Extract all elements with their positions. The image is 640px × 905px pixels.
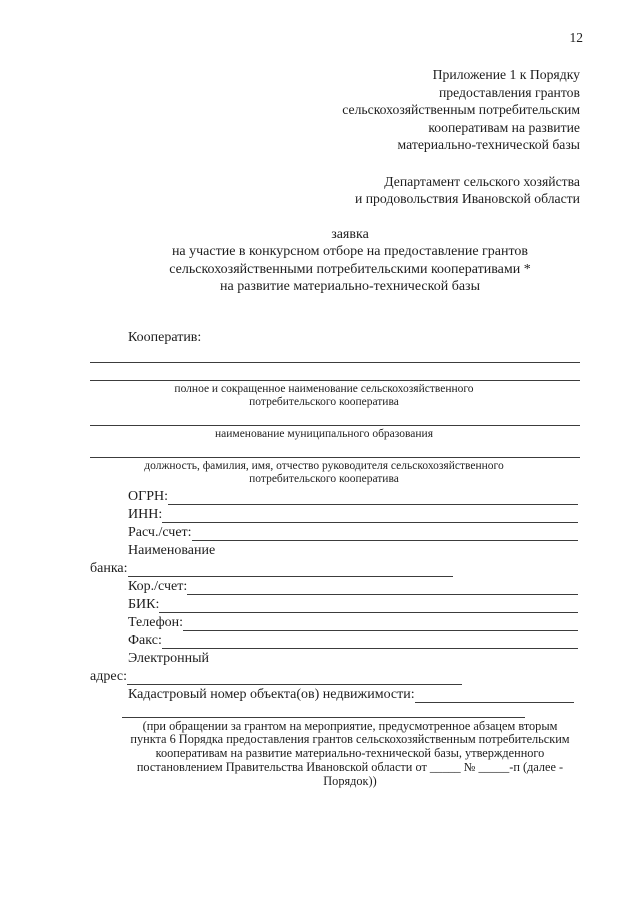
- department-line: Департамент сельского хозяйства: [0, 173, 580, 191]
- blank-line: [90, 363, 580, 381]
- bik-label: БИК:: [90, 597, 159, 615]
- appendix-heading: Приложение 1 к Порядку предоставления гр…: [0, 0, 580, 154]
- corr-account-label: Кор./счет:: [90, 579, 187, 597]
- page-number: 12: [570, 30, 584, 46]
- form-title-line: сельскохозяйственными потребительскими к…: [120, 261, 580, 279]
- email-label-line2: адрес:: [90, 669, 127, 687]
- caption-municipality: наименование муниципального образования: [90, 428, 558, 441]
- fax-label: Факс:: [90, 633, 162, 651]
- field-row-corr-account: Кор./счет:: [90, 579, 580, 597]
- bik-blank: [159, 597, 578, 613]
- cadastral-blank: [415, 687, 574, 703]
- appendix-line: кооперативам на развитие: [0, 119, 580, 137]
- department-line: и продовольствия Ивановской области: [0, 190, 580, 208]
- fax-blank: [162, 633, 578, 649]
- field-row-fax: Факс:: [90, 633, 580, 651]
- footnote-line: кооперативам на развитие материально-тех…: [120, 747, 580, 761]
- account-label: Расч./счет:: [90, 525, 192, 543]
- blank-line: [90, 409, 580, 426]
- bank-blank: [128, 561, 453, 577]
- corr-account-blank: [187, 579, 578, 595]
- field-row-ogrn: ОГРН:: [90, 489, 580, 507]
- footnote-separator-line: [122, 717, 525, 718]
- email-label-line1: Электронный: [90, 651, 580, 669]
- field-row-bik: БИК:: [90, 597, 580, 615]
- footnote-line: Порядок)): [120, 775, 580, 789]
- cadastral-label: Кадастровый номер объекта(ов) недвижимос…: [90, 687, 415, 705]
- footnote: (при обращении за грантом на мероприятие…: [120, 720, 580, 789]
- field-row-cadastral: Кадастровый номер объекта(ов) недвижимос…: [90, 687, 580, 705]
- footnote-line: постановлением Правительства Ивановской …: [120, 761, 580, 775]
- blank-line: [90, 441, 580, 458]
- footnote-line: (при обращении за грантом на мероприятие…: [120, 720, 580, 734]
- document-page: 12 Приложение 1 к Порядку предоставления…: [0, 0, 640, 905]
- form-title-line: заявка: [120, 226, 580, 244]
- field-row-bank: банка:: [90, 561, 580, 579]
- email-blank: [127, 669, 462, 685]
- field-row-account: Расч./счет:: [90, 525, 580, 543]
- field-row-email: адрес:: [90, 669, 580, 687]
- appendix-line: сельскохозяйственным потребительским: [0, 101, 580, 119]
- ogrn-label: ОГРН:: [90, 489, 168, 507]
- caption-head: должность, фамилия, имя, отчество руково…: [90, 460, 558, 486]
- footnote-line: пункта 6 Порядка предоставления грантов …: [120, 733, 580, 747]
- application-form: Кооператив: полное и сокращенное наимено…: [90, 330, 580, 789]
- cooperative-label: Кооператив:: [90, 330, 580, 348]
- bank-name-label-line1: Наименование: [90, 543, 580, 561]
- form-title: заявка на участие в конкурсном отборе на…: [120, 226, 580, 296]
- appendix-line: материально-технической базы: [0, 136, 580, 154]
- ogrn-blank: [168, 489, 578, 505]
- inn-label: ИНН:: [90, 507, 162, 525]
- caption-full-name: полное и сокращенное наименование сельск…: [90, 383, 558, 409]
- form-title-line: на развитие материально-технической базы: [120, 278, 580, 296]
- appendix-line: Приложение 1 к Порядку: [0, 66, 580, 84]
- bank-name-label-line2: банка:: [90, 561, 128, 579]
- blank-line: [90, 348, 580, 363]
- field-row-inn: ИНН:: [90, 507, 580, 525]
- department-heading: Департамент сельского хозяйства и продов…: [0, 173, 580, 208]
- inn-blank: [162, 507, 578, 523]
- account-blank: [192, 525, 578, 541]
- field-row-phone: Телефон:: [90, 615, 580, 633]
- phone-blank: [183, 615, 578, 631]
- form-title-line: на участие в конкурсном отборе на предос…: [120, 243, 580, 261]
- phone-label: Телефон:: [90, 615, 183, 633]
- appendix-line: предоставления грантов: [0, 84, 580, 102]
